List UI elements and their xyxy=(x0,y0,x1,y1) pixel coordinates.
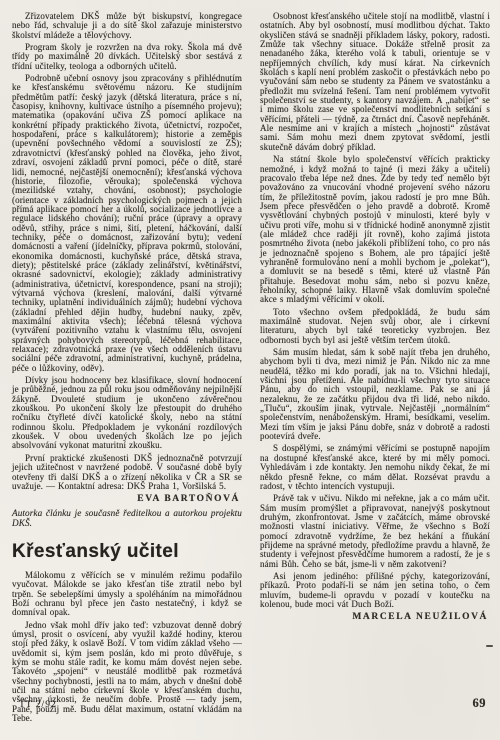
paragraph: Toto všechno ovšem předpokládá, že budu … xyxy=(260,308,490,345)
paragraph: Program školy je rozvržen na dva roky. Š… xyxy=(12,43,242,71)
paragraph: První praktické zkušenosti DKŠ jednoznač… xyxy=(12,454,242,491)
article2-title: Křesťanský učitel xyxy=(12,541,242,563)
paragraph: Dívky jsou hodnoceny bez klasifikace, sl… xyxy=(12,376,242,451)
article1-author-note: Autorka článku je současně ředitelkou a … xyxy=(12,509,242,528)
page-footer: TT 2/92 69 xyxy=(19,696,486,711)
paragraph: Osobnost křesťanského učitele stojí na m… xyxy=(260,12,490,152)
paragraph: Zřizovatelem DKŠ může být biskupství, ko… xyxy=(12,12,242,40)
paragraph: Právě tak v učivu. Nikdo mi neřekne, jak… xyxy=(260,494,490,569)
paragraph: S dospělými, se známými věřícími se post… xyxy=(260,444,490,491)
paragraph: Asi jenom jediného: přílišné pýchy, kate… xyxy=(260,572,490,609)
author-note-text: Autorka článku je současně ředitelkou a … xyxy=(12,509,242,528)
page-number: 69 xyxy=(473,696,487,711)
left-column: Zřizovatelem DKŠ může být biskupství, ko… xyxy=(12,12,242,726)
scan-speck xyxy=(452,226,455,228)
two-column-layout: Zřizovatelem DKŠ může být biskupství, ko… xyxy=(12,12,489,726)
paragraph: Málokomu z věřících se v minulém režimu … xyxy=(12,571,242,618)
article1-byline: EVA BARTOŇOVÁ xyxy=(12,494,240,505)
scan-speck xyxy=(486,645,493,647)
paragraph: Podrobně učební osnovy jsou zpracovány s… xyxy=(12,74,242,373)
paragraph: Sám musím hledat, sám k sobě najít třeba… xyxy=(260,348,490,441)
right-column: Osobnost křesťanského učitele stojí na m… xyxy=(260,12,490,726)
journal-issue-label: TT 2/92 xyxy=(19,700,57,710)
magazine-page: Zřizovatelem DKŠ může být biskupství, ko… xyxy=(0,0,500,740)
article1-body: Zřizovatelem DKŠ může být biskupství, ko… xyxy=(12,12,242,491)
article2-byline: MARCELA NEUŽILOVÁ xyxy=(260,612,488,623)
paragraph: Na státní škole bylo společenství věřící… xyxy=(260,155,490,305)
article2-body-right: Osobnost křesťanského učitele stojí na m… xyxy=(260,12,490,609)
